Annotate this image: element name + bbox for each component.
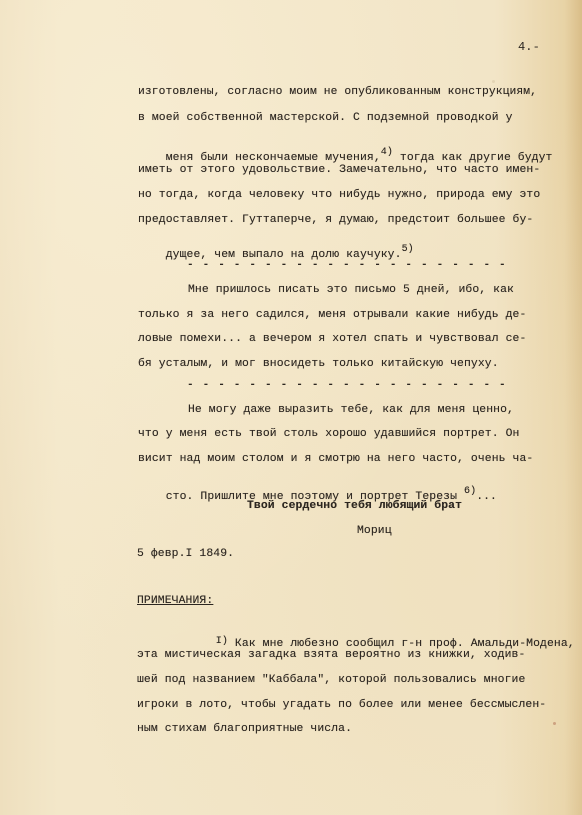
footnote-ref-5: 5) (402, 244, 414, 255)
text-fragment: ... (476, 491, 497, 503)
paper-stain (492, 80, 495, 83)
text-line: иметь от этого удовольствие. Замечательн… (138, 163, 540, 177)
text-line: изготовлены, согласно моим не опубликова… (138, 85, 537, 99)
note-line: шей под названием "Каббала", которой пол… (137, 673, 525, 687)
text-line: предоставляет. Гуттаперче, я думаю, пред… (138, 213, 533, 227)
footnote-ref-6: 6) (464, 486, 476, 497)
text-line: бя усталым, и мог вносидеть только китай… (138, 357, 499, 371)
section-divider: - - - - - - - - - - - - - - - - - - - - … (187, 259, 507, 271)
text-line: Не могу даже выразить тебе, как для меня… (188, 403, 514, 417)
signature: Мориц (357, 524, 392, 538)
footnote-ref-4: 4) (381, 147, 393, 158)
text-line: только я за него садился, меня отрывали … (138, 308, 526, 322)
section-divider: - - - - - - - - - - - - - - - - - - - - … (187, 379, 507, 391)
notes-heading: ПРИМЕЧАНИЯ: (137, 594, 213, 608)
text-line: но тогда, когда человеку что нибудь нужн… (138, 188, 540, 202)
text-line: Мне пришлось писать это письмо 5 дней, и… (188, 283, 514, 297)
text-line: в моей собственной мастерской. С подземн… (138, 111, 513, 125)
text-line: ловые помехи... а вечером я хотел спать … (138, 332, 526, 346)
document-page: 4.- изготовлены, согласно моим не опубли… (0, 0, 582, 815)
note-line: игроки в лото, чтобы угадать по более ил… (137, 698, 546, 712)
note-line: ным стихам благоприятные числа. (137, 722, 352, 736)
text-line: висит над моим столом и я смотрю на него… (138, 452, 533, 466)
note-line: эта мистическая загадка взята вероятно и… (137, 648, 525, 662)
closing-salutation: Твой сердечно тебя любящий брат (247, 499, 462, 513)
paper-stain (553, 722, 556, 725)
note-marker: I) (216, 636, 228, 647)
letter-date: 5 февр.І 1849. (137, 547, 234, 561)
page-number: 4.- (518, 40, 540, 54)
text-line: что у меня есть твой столь хорошо удавши… (138, 427, 519, 441)
